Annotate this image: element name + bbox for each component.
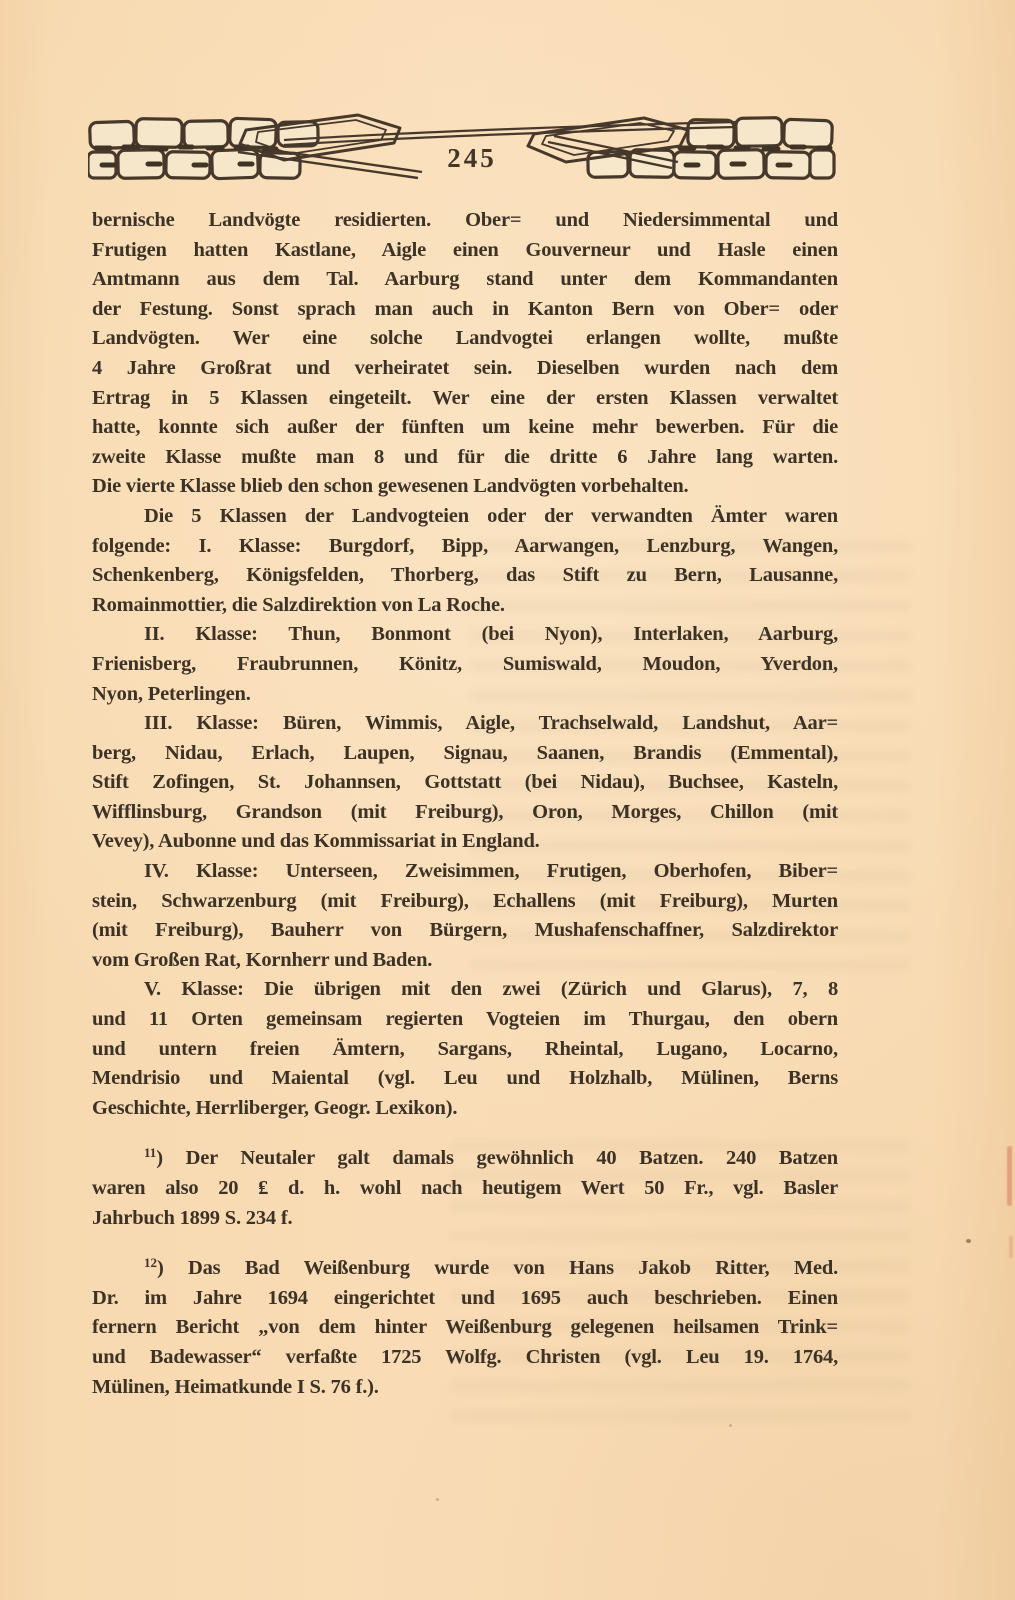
text-line: und untern freien Ämtern, Sargans, Rhein… (92, 1035, 838, 1065)
text-line: Ertrag in 5 Klassen eingeteilt. Wer eine… (92, 384, 838, 414)
text-line: folgende: I. Klasse: Burgdorf, Bipp, Aar… (92, 532, 838, 562)
text-line: Mülinen, Heimatkunde I S. 76 f.). (92, 1373, 838, 1403)
text-line: IV. Klasse: Unterseen, Zweisimmen, Fruti… (92, 857, 838, 887)
text-line: Wifflinsburg, Grandson (mit Freiburg), O… (92, 798, 838, 828)
page-number: 245 (444, 143, 500, 174)
text-line: der Festung. Sonst sprach man auch in Ka… (92, 295, 838, 325)
text-line: Dr. im Jahre 1694 eingerichtet und 1695 … (92, 1284, 838, 1314)
text-line: Die 5 Klassen der Landvogteien oder der … (92, 502, 838, 532)
text-line: Amtmann aus dem Tal. Aarburg stand unter… (92, 265, 838, 295)
footnote-marker: 11 (144, 1145, 156, 1160)
text-line: stein, Schwarzenburg (mit Freiburg), Ech… (92, 887, 838, 917)
text-line: und 11 Orten gemeinsam regierten Vogteie… (92, 1005, 838, 1035)
text-line: Schenkenberg, Königsfelden, Thorberg, da… (92, 561, 838, 591)
text-line: und Badewasser“ verfaßte 1725 Wolfg. Chr… (92, 1343, 838, 1373)
red-edge-mark (1009, 1236, 1013, 1258)
text-line: bernische Landvögte residierten. Ober= u… (92, 206, 838, 236)
text-line: vom Großen Rat, Kornherr und Baden. (92, 946, 838, 976)
text-line: Nyon, Peterlingen. (92, 680, 838, 710)
text-line: Jahrbuch 1899 S. 234 f. (92, 1204, 838, 1234)
text-line: V. Klasse: Die übrigen mit den zwei (Zür… (92, 975, 838, 1005)
text-line: Frutigen hatten Kastlane, Aigle einen Go… (92, 236, 838, 266)
text-line: Romainmottier, die Salzdirektion von La … (92, 591, 838, 621)
book-page: 245 bernische Landvögte residierten. Obe… (0, 0, 1015, 1600)
text-line: III. Klasse: Büren, Wimmis, Aigle, Trach… (92, 709, 838, 739)
paper-speck (436, 1498, 439, 1501)
text-line: Die vierte Klasse blieb den schon gewese… (92, 472, 838, 502)
text-line: (mit Freiburg), Bauherr von Bürgern, Mus… (92, 916, 838, 946)
red-edge-mark (1007, 1146, 1012, 1206)
text-line: Vevey), Aubonne und das Kommissariat in … (92, 827, 838, 857)
text-line: waren also 20 ₤ d. h. wohl nach heutigem… (92, 1174, 838, 1204)
footnote-marker: 12 (144, 1255, 157, 1270)
footnote-line: 12) Das Bad Weißenburg wurde von Hans Ja… (92, 1248, 838, 1284)
text-line: zweite Klasse mußte man 8 und für die dr… (92, 443, 838, 473)
footnote-line: 11) Der Neutaler galt damals gewöhnlich … (92, 1138, 838, 1174)
paper-speck (966, 1239, 971, 1243)
text-block: bernische Landvögte residierten. Ober= u… (92, 206, 838, 1402)
text-line: 4 Jahre Großrat und verheiratet sein. Di… (92, 354, 838, 384)
text-line: II. Klasse: Thun, Bonmont (bei Nyon), In… (92, 620, 838, 650)
text-line: Mendrisio und Maiental (vgl. Leu und Hol… (92, 1064, 838, 1094)
text-line: berg, Nidau, Erlach, Laupen, Signau, Saa… (92, 739, 838, 769)
text-line: Frienisberg, Fraubrunnen, Könitz, Sumisw… (92, 650, 838, 680)
text-line: fernern Bericht „von dem hinter Weißenbu… (92, 1313, 838, 1343)
text-line: Stift Zofingen, St. Johannsen, Gottstatt… (92, 768, 838, 798)
text-line: hatte, konnte sich außer der fünften um … (92, 413, 838, 443)
paper-speck (729, 1424, 732, 1427)
text-line: Landvögten. Wer eine solche Landvogtei e… (92, 324, 838, 354)
text-line: Geschichte, Herrliberger, Geogr. Lexikon… (92, 1094, 838, 1124)
